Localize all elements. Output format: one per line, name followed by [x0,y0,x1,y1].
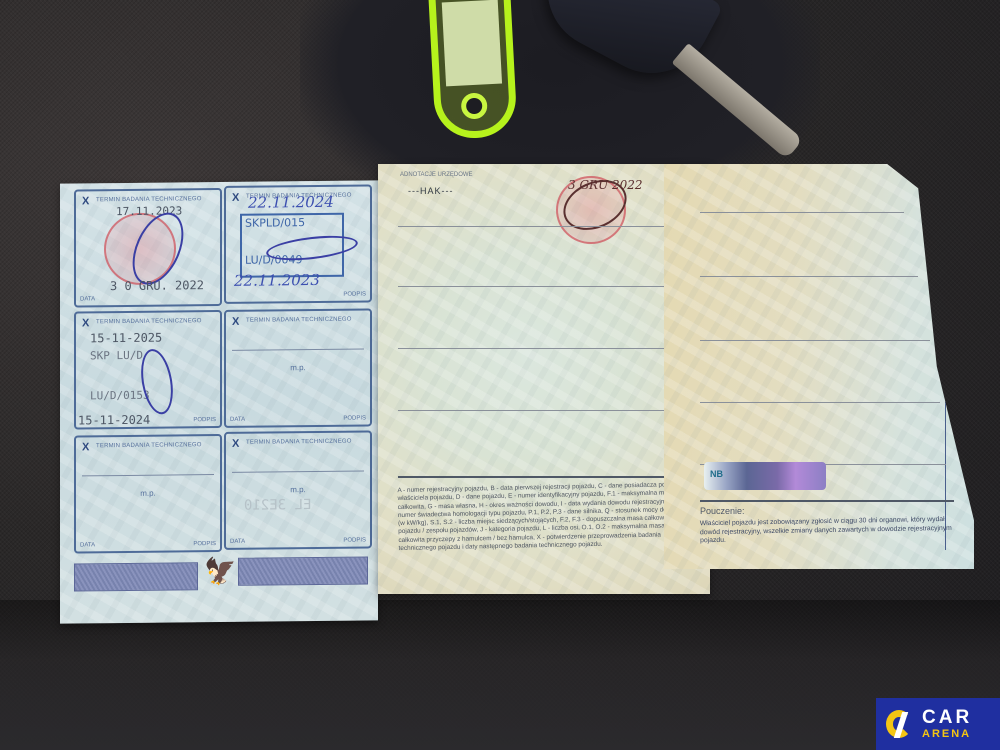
key-tag-ring-hole [461,92,488,119]
tow-hitch-annotation: ---HAK--- [408,186,454,196]
seal-place-label: m.p. [226,362,370,373]
annotation-stamp-date: 3 GRU 2022 [568,178,643,192]
date-label: DATA [80,542,95,548]
official-annotations-page: ADNOTACJE URZĘDOWE ---HAK--- 3 GRU 2022 … [378,164,710,594]
station-code: SKP LU/D [90,349,143,363]
signature-label: PODPIS [343,291,366,297]
field-code-legend: A - numer rejestracyjny pojazdu, B - dat… [397,481,690,553]
handwritten-inspection-date: 22.11.2023 [234,271,320,290]
signature-label: PODPIS [343,415,366,421]
date-label: DATA [230,539,245,545]
seal-place-label: m.p. [226,484,370,495]
handwritten-next-date: 22.11.2024 [248,193,334,212]
vehicle-registration-document: X TERMIN BADANIA TECHNICZNEGO 17.11.2023… [60,160,980,620]
inspection-box-1: X TERMIN BADANIA TECHNICZNEGO 17.11.2023… [74,188,222,308]
examiner-code: LU/D/0153 [90,389,150,403]
inspection-marker: X [232,438,239,450]
inspection-heading: TERMIN BADANIA TECHNICZNEGO [246,317,352,324]
page-frame [700,172,946,550]
guilloche-band-right [238,556,368,585]
watermark-line-2: ARENA [922,729,972,740]
inspection-box-2: X TERMIN BADANIA TECHNICZNEGO 22.11.2024… [224,184,372,304]
notice-page: NB Pouczenie: Właściciel pojazdu jest zo… [664,164,974,569]
notice-title: Pouczenie: [700,506,745,516]
date-label: DATA [80,296,95,302]
watermark-line-1: CAR [922,708,972,727]
stamp-date: 3 0 GRU. 2022 [110,278,204,293]
inspection-marker: X [232,316,239,328]
guilloche-band-left [74,562,198,591]
signature-label: PODPIS [193,417,216,423]
inspection-marker: X [82,317,89,329]
technical-inspection-page: X TERMIN BADANIA TECHNICZNEGO 17.11.2023… [60,180,378,623]
key-tag-label [442,0,502,86]
inspection-marker: X [232,192,239,204]
inspection-marker: X [82,195,89,207]
inspection-box-3: X TERMIN BADANIA TECHNICZNEGO 15-11-2025… [74,310,222,430]
inspection-box-5: X TERMIN BADANIA TECHNICZNEGO m.p. DATA … [74,434,222,554]
signature-label: PODPIS [193,541,216,547]
inspection-box-4: X TERMIN BADANIA TECHNICZNEGO m.p. DATA … [224,308,372,428]
inspection-heading: TERMIN BADANIA TECHNICZNEGO [96,318,202,325]
inspection-heading: TERMIN BADANIA TECHNICZNEGO [96,442,202,449]
station-code: SKPLD/015 [245,216,339,230]
notice-text: Właściciel pojazdu jest zobowiązany zgło… [700,516,960,546]
green-key-tag [428,0,518,140]
inspection-marker: X [82,441,89,453]
seal-place-label: m.p. [76,488,220,499]
car-arena-logo-icon [886,710,912,738]
inspection-box-6: X TERMIN BADANIA TECHNICZNEGO m.p. EL 3E… [224,430,372,550]
car-arena-watermark: CAR ARENA [876,698,1000,750]
next-inspection-date: 15-11-2025 [90,331,162,346]
hologram-mark: NB [710,469,723,479]
annotations-heading: ADNOTACJE URZĘDOWE [400,172,473,178]
date-label: DATA [230,417,245,423]
signature-label: PODPIS [343,537,366,543]
inspection-heading: TERMIN BADANIA TECHNICZNEGO [96,196,202,203]
hologram-sticker: NB [704,462,826,490]
inspection-heading: TERMIN BADANIA TECHNICZNEGO [246,439,352,446]
polish-eagle-icon: 🦅 [204,558,236,584]
signature [136,346,177,416]
mirrored-serial-bleed: EL 3E210 [244,497,311,514]
stamp-date: 15-11-2024 [78,413,150,428]
